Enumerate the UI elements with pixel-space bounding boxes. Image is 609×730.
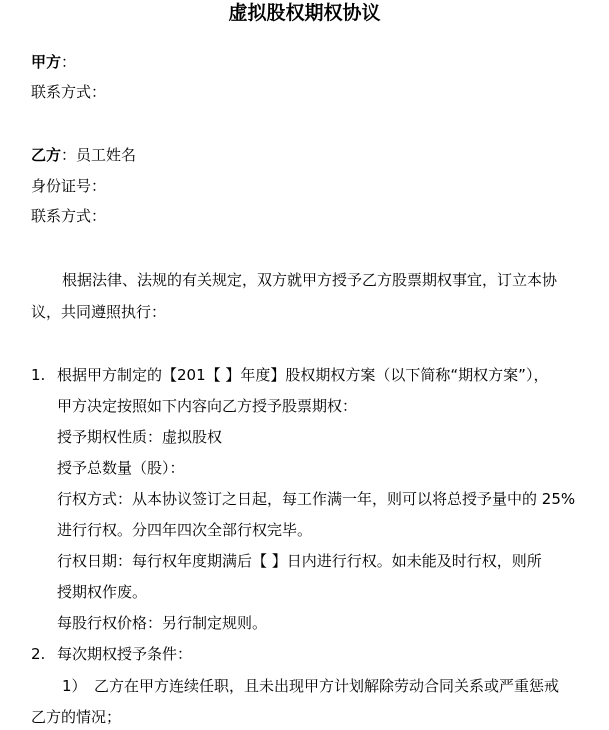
clause-1-date-line-2: 授期权作废。 <box>57 582 147 602</box>
clause-2-heading: 每次期权授予条件： <box>57 644 192 664</box>
party-b-name: 员工姓名 <box>76 146 136 164</box>
clause-2-item-1-number: 1） <box>62 676 87 696</box>
clause-1-quantity: 授予总数量（股）： <box>57 458 185 478</box>
party-b-id-number: 身份证号： <box>31 176 106 196</box>
clause-1-line-1: 根据甲方制定的【201【 】年度】股权期权方案（以下简称“期权方案”）， <box>57 365 548 385</box>
clause-1-method-line-1: 行权方式：从本协议签订之日起，每工作满一年，则可以将总授予量中的 25% <box>57 489 575 509</box>
clause-1-nature: 授予期权性质：虚拟股权 <box>57 427 222 447</box>
party-a-line: 甲方： <box>31 52 76 72</box>
intro-line-1: 根据法律、法规的有关规定，双方就甲方授予乙方股票期权事宜，订立本协 <box>62 270 557 290</box>
party-a-label: 甲方 <box>31 53 61 71</box>
party-b-contact: 联系方式： <box>31 206 106 226</box>
clause-1-number: 1. <box>31 365 45 385</box>
clause-2-item-1-line-2: 乙方的情况； <box>31 707 121 727</box>
clause-2-item-1-line-1: 乙方在甲方连续任职，且未出现甲方计划解除劳动合同关系或严重惩戒 <box>94 676 559 696</box>
clause-1-method-line-2: 进行行权。分四年四次全部行权完毕。 <box>57 520 312 540</box>
document-title: 虚拟股权期权协议 <box>0 0 609 26</box>
party-a-colon: ： <box>61 53 76 71</box>
clause-2-number: 2. <box>31 644 45 664</box>
clause-1-date-line-1: 行权日期：每行权年度期满后【 】日内进行行权。如未能及时行权，则所 <box>57 551 542 571</box>
intro-line-2: 议，共同遵照执行： <box>31 302 166 322</box>
party-b-label: 乙方 <box>31 146 61 164</box>
party-b-line: 乙方：员工姓名 <box>31 145 136 165</box>
clause-1-line-2: 甲方决定按照如下内容向乙方授予股票期权： <box>57 396 357 416</box>
party-a-contact: 联系方式： <box>31 82 106 102</box>
clause-1-price: 每股行权价格：另行制定规则。 <box>57 613 267 633</box>
party-b-colon: ： <box>61 146 76 164</box>
